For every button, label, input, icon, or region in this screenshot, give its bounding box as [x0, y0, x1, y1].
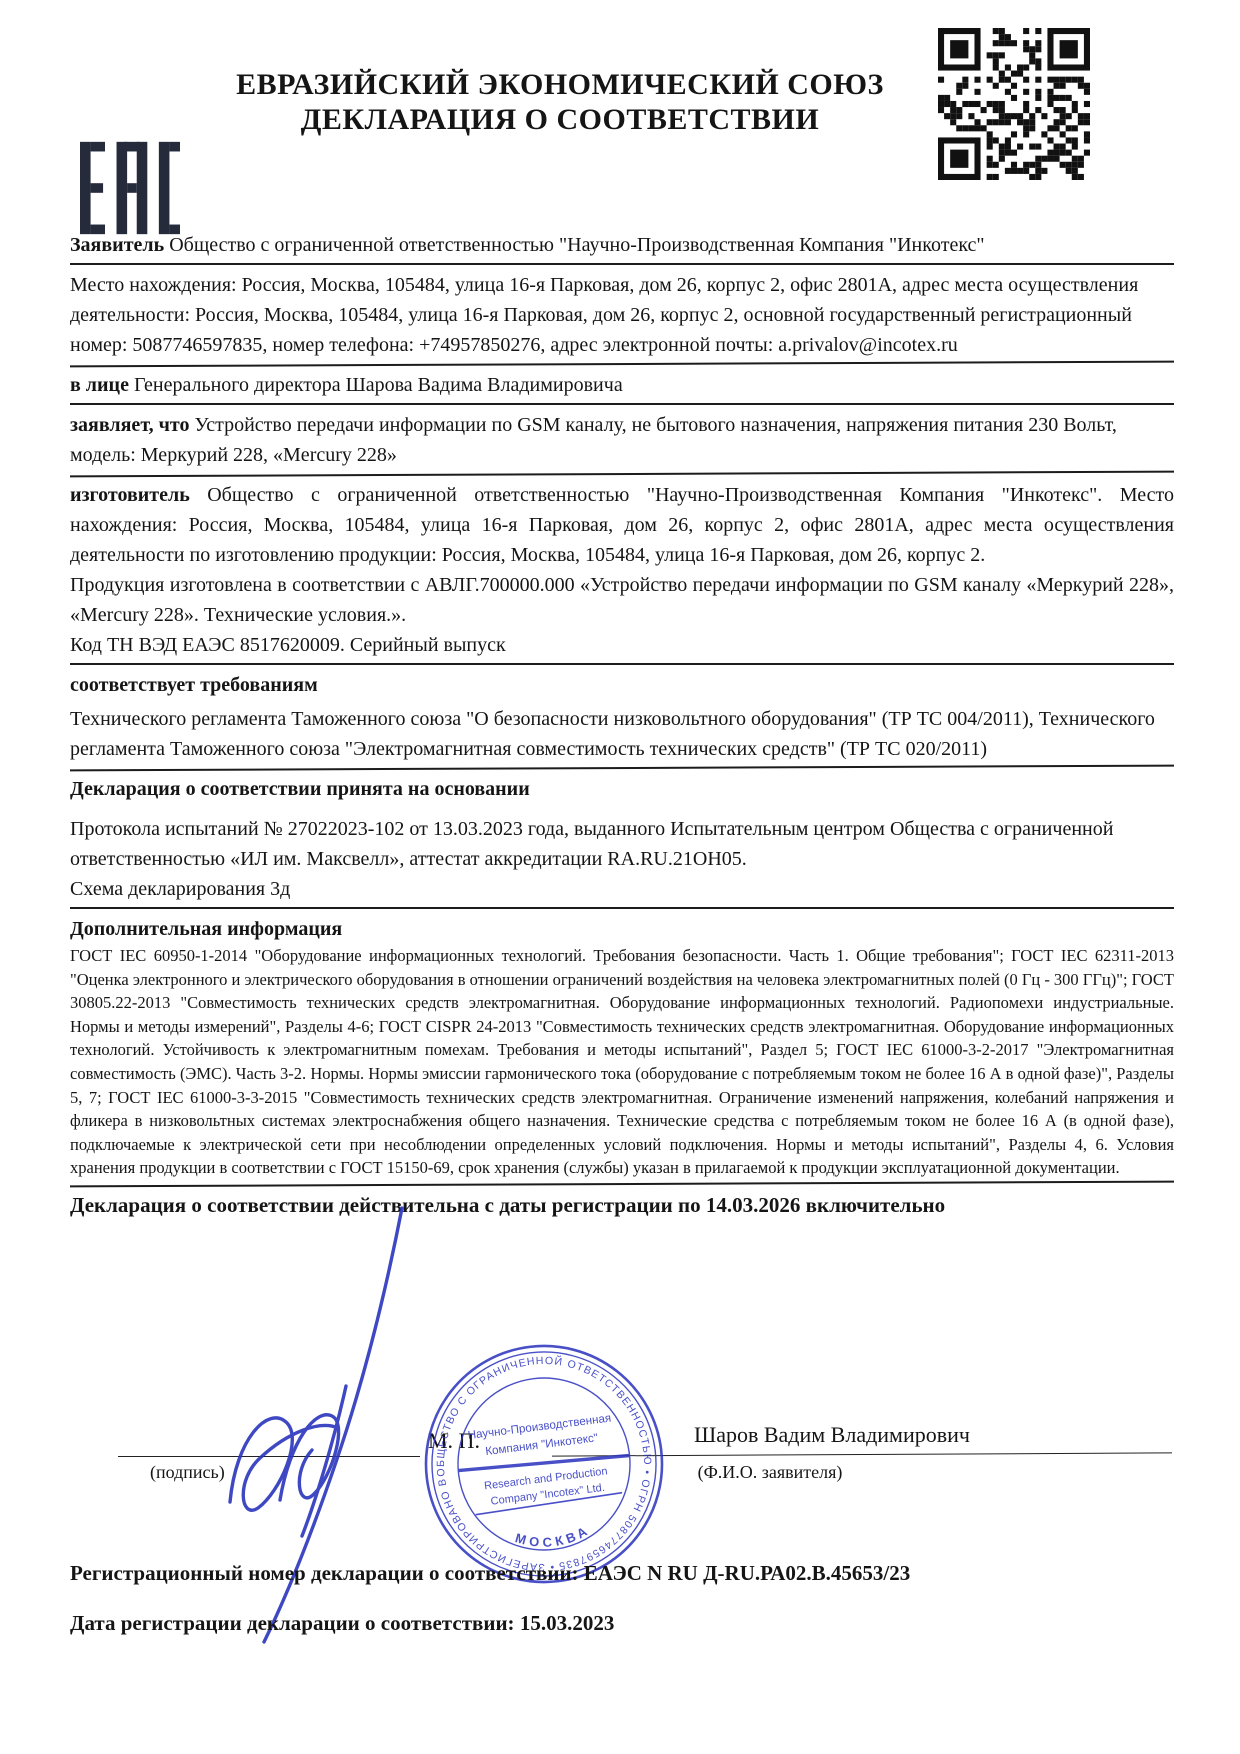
registration-number-line: Регистрационный номер декларации о соотв… [70, 1561, 1174, 1586]
scheme-paragraph: Схема декларирования 3д [70, 874, 1174, 904]
location-paragraph: Место нахождения: Россия, Москва, 105484… [70, 270, 1174, 360]
applicant-text: Общество с ограниченной ответственностью… [169, 234, 984, 256]
basis-paragraph: Протокола испытаний № 27022023-102 от 13… [70, 814, 1174, 874]
declares-text: Устройство передачи информации по GSM ка… [70, 414, 1117, 466]
title-declaration: ДЕКЛАРАЦИЯ О СООТВЕТСТВИИ [180, 103, 940, 138]
tn-ved-paragraph: Код ТН ВЭД ЕАЭС 8517620009. Серийный вып… [70, 630, 1174, 660]
manufacturer-label: изготовитель [70, 484, 190, 506]
basis-text: Протокола испытаний № 27022023-102 от 13… [70, 818, 1113, 870]
in-person-text: Генерального директора Шарова Вадима Вла… [134, 374, 623, 396]
manufacturer-paragraph: изготовитель Общество с ограниченной отв… [70, 480, 1174, 570]
product-made-paragraph: Продукция изготовлена в соответствии с А… [70, 570, 1174, 630]
svg-text:МОСКВА: МОСКВА [512, 1521, 594, 1554]
divider [70, 263, 1174, 265]
stamp-city: МОСКВА [512, 1521, 594, 1554]
location-text: Место нахождения: Россия, Москва, 105484… [70, 274, 1138, 356]
title-union: ЕВРАЗИЙСКИЙ ЭКОНОМИЧЕСКИЙ СОЮЗ [180, 68, 940, 103]
registration-number-value: ЕАЭС N RU Д-RU.РА02.В.45653/23 [584, 1561, 910, 1585]
complies-heading: соответствует требованиям [70, 670, 1174, 700]
divider [70, 907, 1174, 909]
product-made-text: Продукция изготовлена в соответствии с А… [70, 574, 1174, 626]
qr-code [938, 28, 1090, 180]
applicant-paragraph: Заявитель Общество с ограниченной ответс… [70, 230, 1174, 260]
registration-date-line: Дата регистрации декларации о соответств… [70, 1611, 1174, 1636]
additional-text: ГОСТ IEC 60950-1-2014 "Оборудование инфо… [70, 946, 1174, 1177]
divider [70, 765, 1174, 772]
scheme-text: Схема декларирования 3д [70, 878, 290, 900]
complies-text: Технического регламента Таможенного союз… [70, 708, 1155, 760]
declares-label: заявляет, что [70, 414, 189, 436]
in-person-label: в лице [70, 374, 129, 396]
tn-ved-text: Код ТН ВЭД ЕАЭС 8517620009. Серийный вып… [70, 634, 506, 656]
registration-number-label: Регистрационный номер декларации о соотв… [70, 1561, 579, 1585]
registration-date-label: Дата регистрации декларации о соответств… [70, 1611, 515, 1635]
manufacturer-text: Общество с ограниченной ответственностью… [70, 484, 1174, 566]
page-title: ЕВРАЗИЙСКИЙ ЭКОНОМИЧЕСКИЙ СОЮЗ ДЕКЛАРАЦИ… [180, 68, 940, 138]
eac-mark-icon [80, 140, 180, 236]
document-body: Заявитель Общество с ограниченной ответс… [70, 230, 1174, 1220]
divider [70, 403, 1174, 405]
additional-heading: Дополнительная информация [70, 914, 1174, 944]
applicant-label: Заявитель [70, 234, 164, 256]
declaration-page: ЕВРАЗИЙСКИЙ ЭКОНОМИЧЕСКИЙ СОЮЗ ДЕКЛАРАЦИ… [0, 0, 1240, 1754]
divider [70, 471, 1174, 478]
additional-paragraph: ГОСТ IEC 60950-1-2014 "Оборудование инфо… [70, 944, 1174, 1180]
divider [70, 663, 1174, 665]
basis-heading: Декларация о соответствии принята на осн… [70, 774, 1174, 804]
divider [70, 361, 1174, 368]
declares-paragraph: заявляет, что Устройство передачи информ… [70, 410, 1174, 470]
in-person-paragraph: в лице Генерального директора Шарова Вад… [70, 370, 1174, 400]
complies-paragraph: Технического регламента Таможенного союз… [70, 704, 1174, 764]
registration-date-value: 15.03.2023 [520, 1611, 615, 1635]
